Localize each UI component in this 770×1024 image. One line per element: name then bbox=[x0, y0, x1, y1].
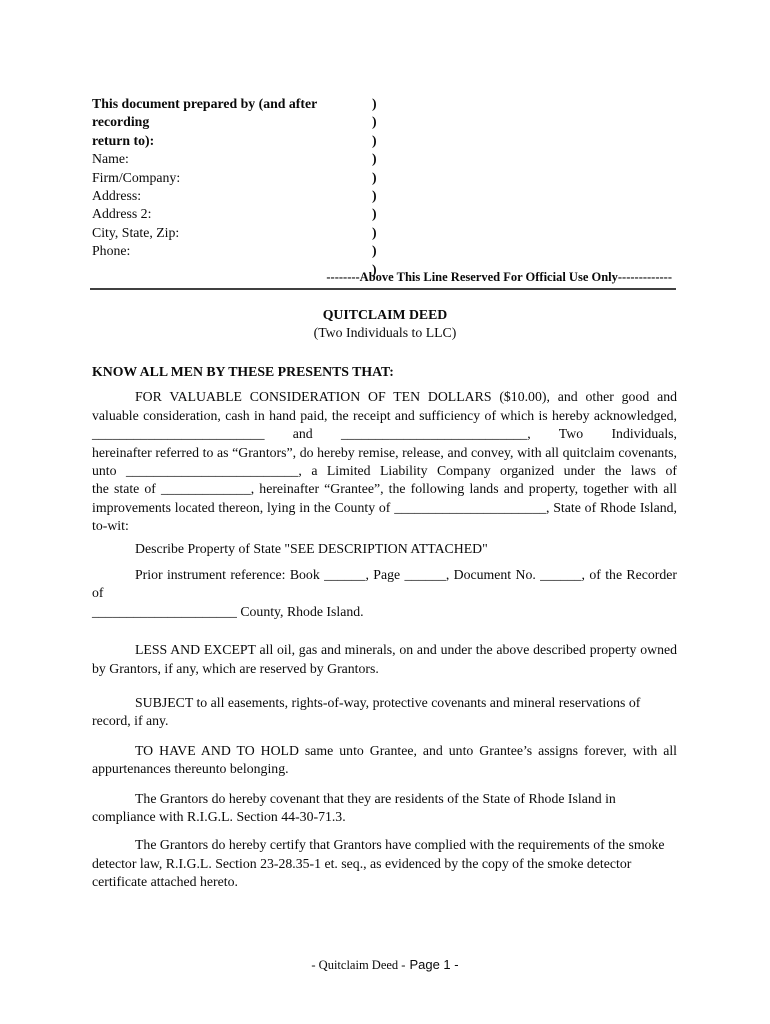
paragraph-line: to-wit: bbox=[92, 517, 677, 535]
paragraph-line: FOR VALUABLE CONSIDERATION OF TEN DOLLAR… bbox=[92, 388, 677, 406]
document-subtitle: (Two Individuals to LLC) bbox=[0, 324, 770, 342]
footer-page-number: Page 1 - bbox=[409, 957, 458, 972]
field-label-phone: Phone: bbox=[92, 242, 372, 260]
paren-mark: ) bbox=[372, 224, 392, 242]
state-blank-line: the state of _____________, hereinafter … bbox=[92, 480, 677, 498]
paragraph-line: hereinafter referred to as “Grantors”, d… bbox=[92, 444, 677, 462]
field-label-address: Address: bbox=[92, 187, 372, 205]
describe-property-paragraph: Describe Property of State "SEE DESCRIPT… bbox=[92, 540, 677, 558]
smoke-detector-paragraph: The Grantors do hereby certify that Gran… bbox=[92, 836, 677, 891]
residency-covenant-paragraph: The Grantors do hereby covenant that the… bbox=[92, 790, 677, 827]
county-blank-line: improvements located thereon, lying in t… bbox=[92, 499, 677, 517]
field-label-city-state-zip: City, State, Zip: bbox=[92, 224, 372, 242]
footer-document-label: - Quitclaim Deed - bbox=[311, 958, 405, 972]
presents-heading: KNOW ALL MEN BY THESE PRESENTS THAT: bbox=[92, 363, 677, 381]
subject-to-paragraph: SUBJECT to all easements, rights-of-way,… bbox=[92, 694, 677, 731]
consideration-paragraph: FOR VALUABLE CONSIDERATION OF TEN DOLLAR… bbox=[92, 388, 677, 535]
to-have-and-hold-paragraph: TO HAVE AND TO HOLD same unto Grantee, a… bbox=[92, 742, 677, 779]
document-title: QUITCLAIM DEED bbox=[0, 306, 770, 324]
prior-instrument-blank-line: Prior instrument reference: Book ______,… bbox=[92, 566, 677, 603]
prepared-heading-line1: This document prepared by (and after rec… bbox=[92, 95, 372, 132]
grantors-blank-line: _________________________ and __________… bbox=[92, 425, 677, 443]
paren-mark: ) bbox=[372, 150, 392, 168]
grantee-blank-line: unto _________________________, a Limite… bbox=[92, 462, 677, 480]
field-label-name: Name: bbox=[92, 150, 372, 168]
prepared-by-block: This document prepared by (and after rec… bbox=[92, 95, 677, 279]
field-label-firm-company: Firm/Company: bbox=[92, 169, 372, 187]
paren-mark: ) bbox=[372, 132, 392, 150]
document-body: KNOW ALL MEN BY THESE PRESENTS THAT: FOR… bbox=[92, 363, 677, 892]
paren-mark: ) bbox=[372, 169, 392, 187]
paren-mark: ) bbox=[372, 113, 392, 131]
recorder-paren-column: ) ) ) ) ) ) ) ) ) ) bbox=[372, 95, 392, 279]
field-label-address2: Address 2: bbox=[92, 205, 372, 223]
separator-rule bbox=[90, 288, 676, 290]
county-name-blank-line: _____________________ County, Rhode Isla… bbox=[92, 603, 677, 621]
paren-mark: ) bbox=[372, 242, 392, 260]
document-page: This document prepared by (and after rec… bbox=[0, 0, 770, 1024]
page-footer: - Quitclaim Deed -Page 1 - bbox=[0, 956, 770, 974]
paren-mark: ) bbox=[372, 187, 392, 205]
paren-mark: ) bbox=[372, 205, 392, 223]
prior-instrument-paragraph: Prior instrument reference: Book ______,… bbox=[92, 566, 677, 621]
paren-mark: ) bbox=[372, 95, 392, 113]
less-and-except-paragraph: LESS AND EXCEPT all oil, gas and mineral… bbox=[92, 641, 677, 678]
paragraph-line: valuable consideration, cash in hand pai… bbox=[92, 407, 677, 425]
prepared-heading-line2: return to): bbox=[92, 132, 372, 150]
prepared-by-labels: This document prepared by (and after rec… bbox=[92, 95, 372, 279]
